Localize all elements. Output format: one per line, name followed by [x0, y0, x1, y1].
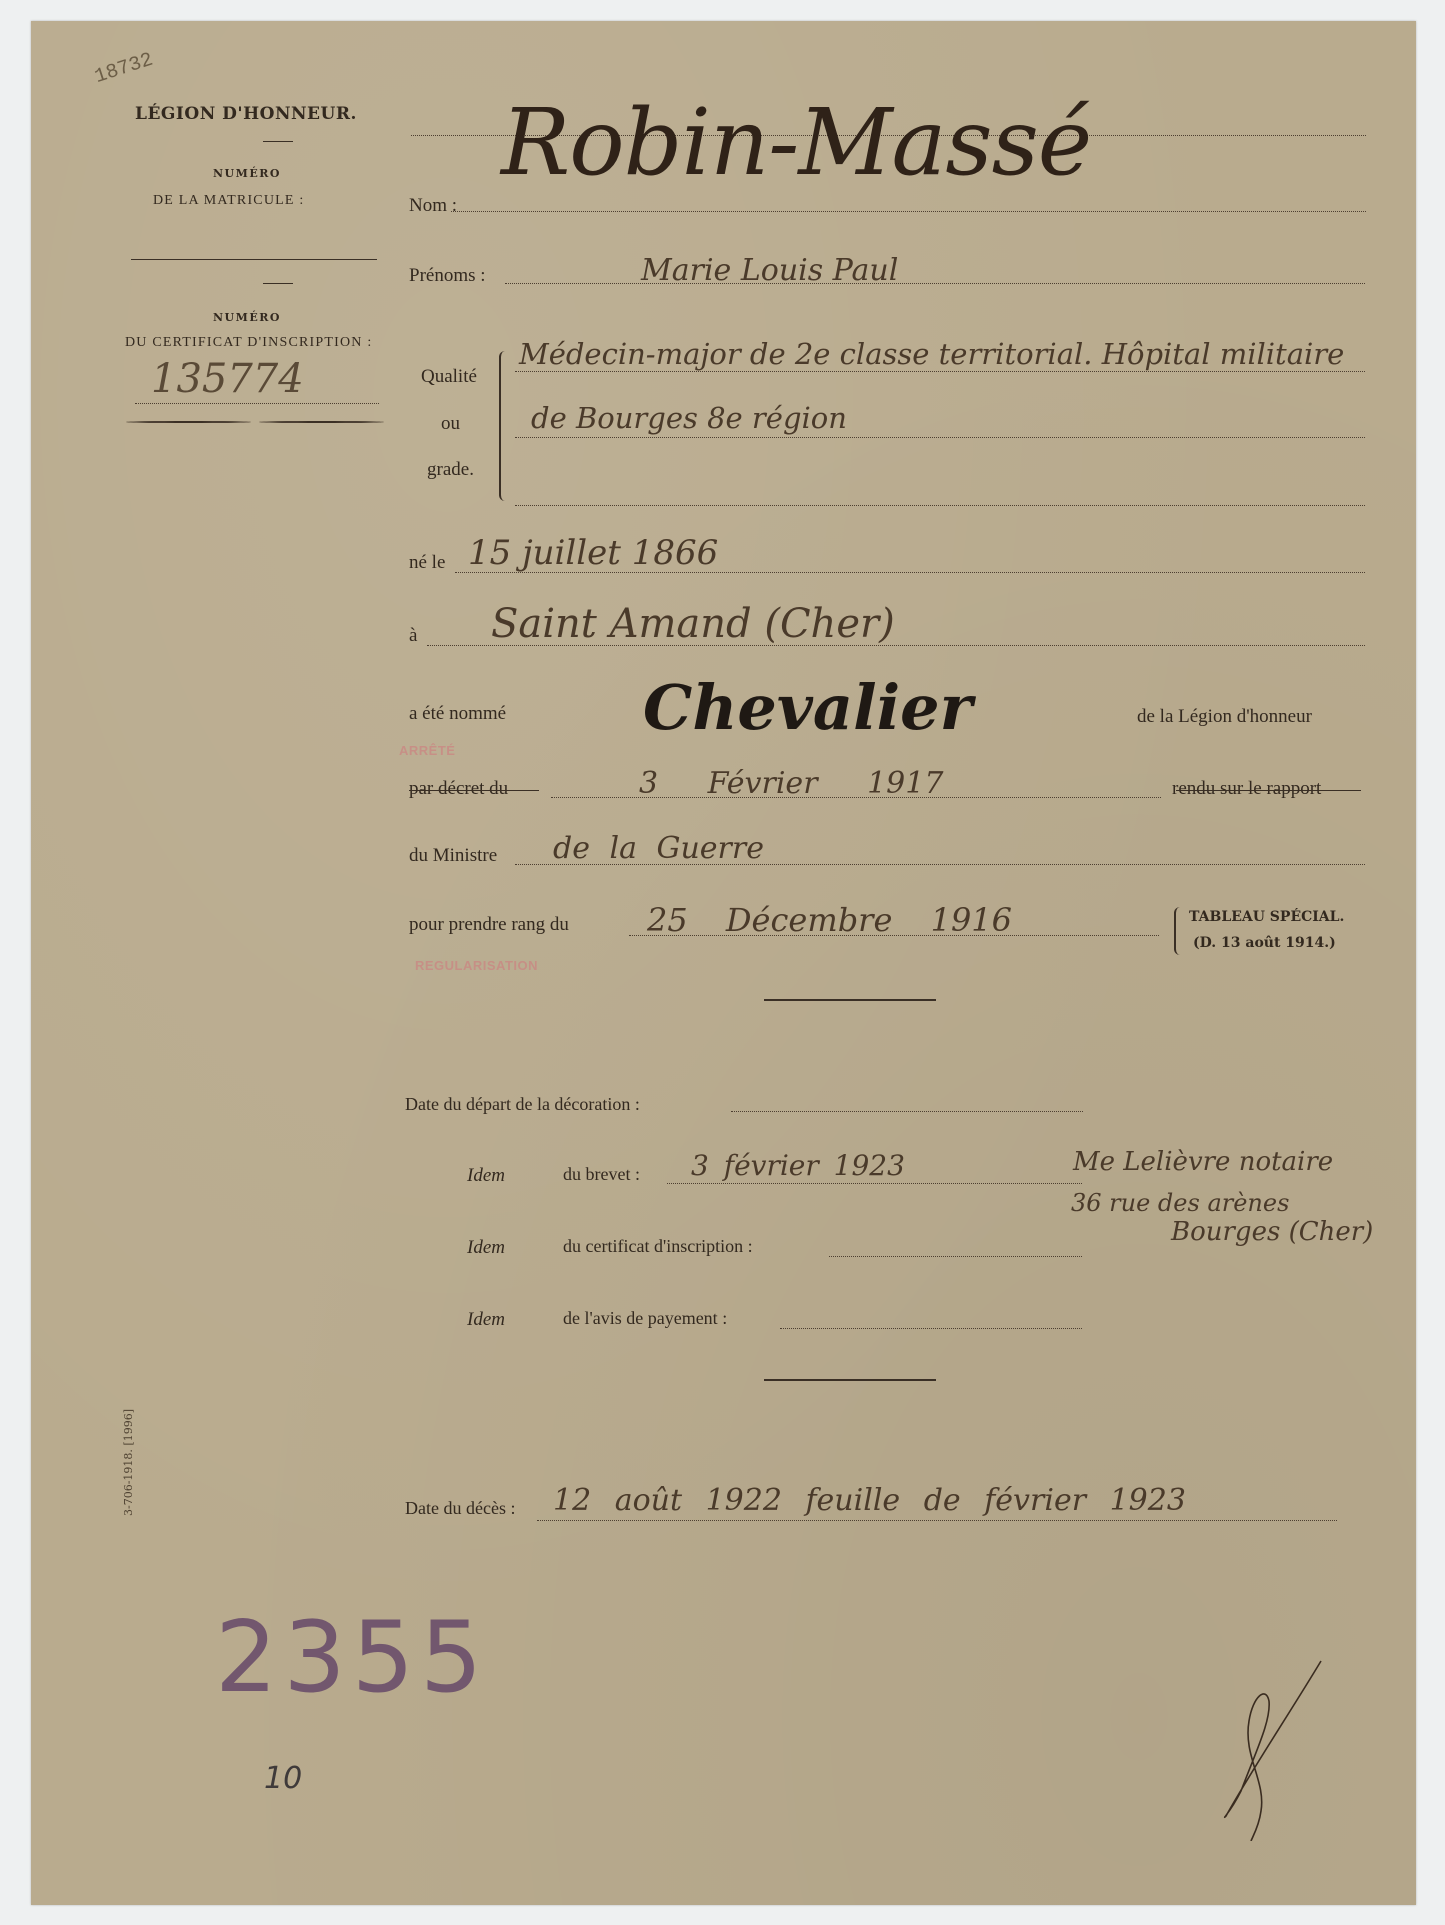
depart-line [731, 1111, 1083, 1112]
qualite-brace [499, 351, 511, 501]
brevet-label: du brevet : [563, 1164, 640, 1185]
swash-right [259, 421, 384, 423]
rang-value: 25 Décembre 1916 [647, 901, 1012, 939]
ministre-label: du Ministre [409, 845, 497, 867]
a-label: à [409, 625, 417, 647]
decret-value: 3 Février 1917 [639, 766, 943, 801]
nom-line [451, 211, 1366, 212]
idem-certificat: Idem [467, 1237, 505, 1259]
tableau-note-2: (D. 13 août 1914.) [1193, 935, 1336, 951]
nomme-label: a été nommé [409, 703, 506, 725]
ne-le-value: 15 juillet 1866 [468, 533, 718, 573]
annotation-line-1: Me Lelièvre notaire [1073, 1147, 1333, 1177]
nom-label: Nom : [409, 195, 457, 217]
certificat-line [135, 403, 379, 404]
decret-line [551, 797, 1161, 798]
annotation-line-3: Bourges (Cher) [1171, 1217, 1373, 1247]
divider [263, 283, 293, 284]
stamp-number: 2355 [215, 1601, 488, 1715]
document-paper: 18732 LÉGION D'HONNEUR. NUMÉRO DE LA MAT… [31, 21, 1416, 1905]
certificat-label-1: NUMÉRO [213, 311, 281, 324]
stamp-arrete: ARRÊTÉ [399, 743, 455, 758]
stamp-regularisation: REGULARISATION [415, 958, 538, 973]
qualite-value-2: de Bourges 8e région [531, 401, 847, 435]
strike-line [409, 790, 539, 791]
prenoms-line [505, 283, 1365, 284]
rang-line [629, 935, 1159, 936]
matricule-label-2: DE LA MATRICULE : [153, 193, 304, 209]
qualite-label-3: grade. [427, 459, 474, 481]
ministre-line [515, 864, 1365, 865]
certificat-value: 135774 [151, 356, 304, 402]
rang-label: pour prendre rang du [409, 914, 569, 936]
swash-left [126, 421, 251, 423]
brevet-line [667, 1183, 1082, 1184]
decret-label: par décret du [409, 778, 508, 800]
nom-value: Robin-Massé [501, 89, 1091, 196]
tableau-note-1: TABLEAU SPÉCIAL. [1189, 909, 1344, 925]
idem-brevet: Idem [467, 1165, 505, 1187]
annotation-line-2: 36 rue des arènes [1071, 1189, 1289, 1217]
avis-payement-label: de l'avis de payement : [563, 1308, 727, 1329]
ne-le-line [455, 572, 1365, 573]
qualite-value-1: Médecin-major de 2e classe territorial. … [519, 337, 1344, 371]
decret-suffix: rendu sur le rapport [1172, 778, 1321, 800]
deces-value: 12 août 1922 feuille de février 1923 [553, 1483, 1186, 1518]
left-title: LÉGION D'HONNEUR. [135, 104, 357, 124]
a-line [427, 645, 1365, 646]
rank-chevalier: Chevalier [643, 671, 972, 744]
deces-label: Date du décès : [405, 1498, 515, 1519]
matricule-line [131, 259, 377, 260]
idem-avis: Idem [467, 1309, 505, 1331]
divider [263, 141, 293, 142]
certificat-inscription-line [829, 1256, 1082, 1257]
prenoms-label: Prénoms : [409, 265, 486, 287]
pencil-number: 10 [264, 1761, 302, 1796]
ministre-value: de la Guerre [553, 831, 764, 866]
a-value: Saint Amand (Cher) [491, 601, 895, 647]
avis-payement-line [780, 1328, 1082, 1329]
nomme-suffix: de la Légion d'honneur [1137, 706, 1312, 728]
qualite-line-3 [515, 505, 1365, 506]
certificat-label-2: DU CERTIFICAT D'INSCRIPTION : [125, 335, 372, 351]
qualite-line-1 [515, 371, 1365, 372]
strike-line [1176, 790, 1361, 791]
matricule-label-1: NUMÉRO [213, 167, 281, 180]
ne-le-label: né le [409, 552, 445, 574]
depart-label: Date du départ de la décoration : [405, 1094, 640, 1115]
qualite-label-1: Qualité [421, 366, 477, 388]
print-note: 3-706-1918. [1996] [122, 1409, 135, 1516]
deces-line [537, 1520, 1337, 1521]
tableau-brace [1174, 907, 1182, 955]
brevet-value: 3 février 1923 [691, 1149, 905, 1182]
section-divider [764, 999, 936, 1001]
qualite-label-2: ou [441, 413, 460, 435]
certificat-inscription-label: du certificat d'inscription : [563, 1236, 753, 1257]
archive-number: 18732 [92, 49, 156, 89]
signature-paraphe-icon [1211, 1641, 1331, 1841]
section-divider [764, 1379, 936, 1381]
qualite-line-2 [515, 437, 1365, 438]
